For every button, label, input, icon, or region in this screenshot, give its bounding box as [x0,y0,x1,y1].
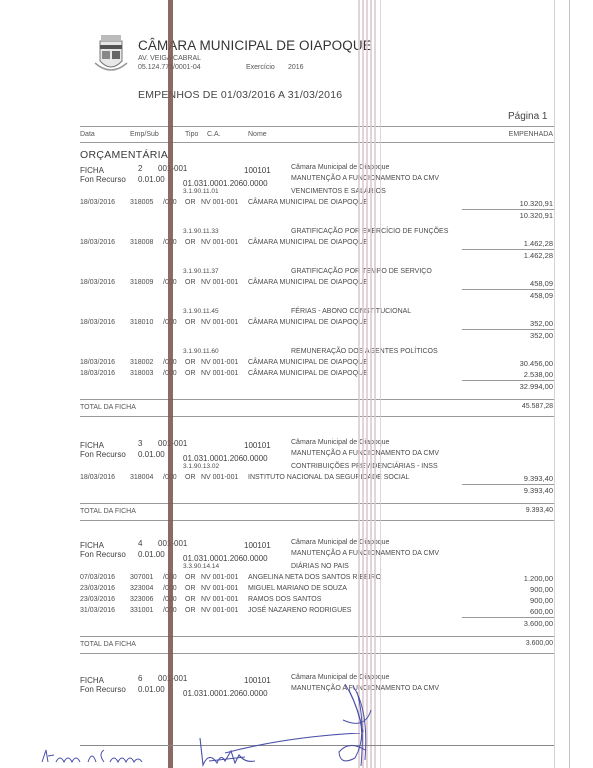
exercicio-value: 2016 [288,64,304,71]
row-date: 18/03/2016 [80,370,115,377]
row-ca: NV 001-001 [201,607,238,614]
ficha-total-rule-top [80,399,554,400]
subtotal-rule [462,329,554,330]
row-ca: NV 001-001 [201,596,238,603]
subtotal-rule [462,249,554,250]
row-nome: CÂMARA MUNICIPAL DE OIAPOQUE [248,319,368,326]
page-border-right [554,0,555,768]
section-title: ORÇAMENTÁRIA [80,149,168,161]
ficha-label: FICHA [80,166,104,175]
row-date: 23/03/2016 [80,596,115,603]
ficha-unit: 100101 [244,166,271,175]
handwritten-signature-left [38,746,148,768]
row-emp: 307001 [130,574,153,581]
row-valor: 30.456,00 [520,359,553,368]
row-tipo: OR [185,199,196,206]
row-emp: 323006 [130,596,153,603]
row-tipo: OR [185,279,196,286]
ficha-program: 01.031.0001.2060.0000 [183,179,268,188]
group-subtotal: 10.320,91 [520,211,553,220]
col-data: Data [80,131,95,138]
subtotal-rule [462,617,554,618]
scan-artifact-stripe [168,0,173,768]
row-date: 18/03/2016 [80,319,115,326]
row-ca: NV 001-001 [201,199,238,206]
ficha-label: FICHA [80,676,104,685]
row-emp: 318008 [130,239,153,246]
total-ficha-label: TOTAL DA FICHA [80,641,136,648]
element-code: 3.1.90.11.37 [183,268,219,275]
total-ficha-label: TOTAL DA FICHA [80,508,136,515]
total-ficha-value: 9.393,40 [526,507,553,514]
group-subtotal: 1.462,28 [524,251,553,260]
fon-recurso-value: 0.01.00 [138,550,165,559]
row-tipo: OR [185,585,196,592]
element-code: 3.1.90.11.01 [183,188,219,195]
row-nome: JOSÉ NAZARENO RODRIGUES [248,607,351,614]
row-tipo: OR [185,370,196,377]
institution-title: CÂMARA MUNICIPAL DE OIAPOQUE [138,38,372,53]
scan-artifact-stripe [374,0,376,768]
total-ficha-value: 3.600,00 [526,640,553,647]
ficha-program: 01.031.0001.2060.0000 [183,454,268,463]
element-code: 3.1.90.11.33 [183,228,219,235]
col-nome: Nome [248,131,267,138]
element-code: 3.1.90.11.45 [183,308,219,315]
ficha-total-rule-bottom [80,520,554,521]
element-code: 3.1.90.11.60 [183,348,219,355]
row-tipo: OR [185,596,196,603]
element-description: DIÁRIAS NO PAIS [291,563,349,570]
subtotal-rule [462,380,554,381]
element-description: CONTRIBUIÇÕES PREVIDENCIÁRIAS - INSS [291,463,438,470]
fon-recurso-value: 0.01.00 [138,450,165,459]
row-emp: 318010 [130,319,153,326]
scan-artifact-stripe [366,0,368,768]
row-ca: NV 001-001 [201,370,238,377]
row-ca: NV 001-001 [201,359,238,366]
row-tipo: OR [185,319,196,326]
row-ca: NV 001-001 [201,574,238,581]
row-valor: 1.462,28 [524,239,553,248]
ficha-label: FICHA [80,441,104,450]
row-ca: NV 001-001 [201,585,238,592]
element-description: REMUNERAÇÃO DOS AGENTES POLÍTICOS [291,348,438,355]
ficha-unit: 100101 [244,441,271,450]
row-valor: 352,00 [530,319,553,328]
header-rule-bottom [80,142,554,143]
row-nome: CÂMARA MUNICIPAL DE OIAPOQUE [248,359,368,366]
row-date: 18/03/2016 [80,359,115,366]
ficha-total-rule-top [80,636,554,637]
row-nome: CÂMARA MUNICIPAL DE OIAPOQUE [248,239,368,246]
row-nome: CÂMARA MUNICIPAL DE OIAPOQUE [248,199,368,206]
scan-artifact-stripe [358,0,360,768]
header-rule-top [80,126,554,127]
scan-artifact-stripe [362,0,364,768]
row-tipo: OR [185,239,196,246]
group-subtotal: 352,00 [530,331,553,340]
row-valor: 2.538,00 [524,370,553,379]
row-date: 23/03/2016 [80,585,115,592]
subtotal-rule [462,209,554,210]
row-valor: 900,00 [530,596,553,605]
ficha-program: 01.031.0001.2060.0000 [183,554,268,563]
row-valor: 900,00 [530,585,553,594]
row-tipo: OR [185,607,196,614]
ficha-number: 4 [138,539,142,548]
group-subtotal: 9.393,40 [524,486,553,495]
group-subtotal: 32.994,00 [520,382,553,391]
ficha-total-rule-bottom [80,416,554,417]
subtotal-rule [462,484,554,485]
row-emp: 318003 [130,370,153,377]
row-nome: MIGUEL MARIANO DE SOUZA [248,585,347,592]
row-valor: 1.200,00 [524,574,553,583]
element-code: 3.1.90.13.02 [183,463,219,470]
row-tipo: OR [185,474,196,481]
col-empenhada: EMPENHADA [509,131,553,138]
row-ca: NV 001-001 [201,319,238,326]
row-tipo: OR [185,359,196,366]
row-date: 18/03/2016 [80,279,115,286]
group-subtotal: 458,09 [530,291,553,300]
col-tipo: Tipo [185,131,198,138]
ficha-number: 3 [138,439,142,448]
row-date: 31/03/2016 [80,607,115,614]
fon-recurso-label: Fon Recurso [80,685,126,694]
row-nome: CÂMARA MUNICIPAL DE OIAPOQUE [248,370,368,377]
row-ca: NV 001-001 [201,474,238,481]
row-nome: CÂMARA MUNICIPAL DE OIAPOQUE [248,279,368,286]
row-tipo: OR [185,574,196,581]
ficha-total-rule-top [80,503,554,504]
row-emp: 318005 [130,199,153,206]
fon-recurso-value: 0.01.00 [138,685,165,694]
row-nome: RAMOS DOS SANTOS [248,596,321,603]
total-ficha-label: TOTAL DA FICHA [80,404,136,411]
scan-artifact-stripe [370,0,372,768]
col-ca: C.A. [207,131,221,138]
ficha-total-rule-bottom [80,653,554,654]
row-emp: 318009 [130,279,153,286]
row-valor: 458,09 [530,279,553,288]
fon-recurso-label: Fon Recurso [80,550,126,559]
row-date: 07/03/2016 [80,574,115,581]
ficha-unit: 100101 [244,541,271,550]
row-emp: 323004 [130,585,153,592]
element-code: 3.3.90.14.14 [183,563,219,570]
row-valor: 9.393,40 [524,474,553,483]
ficha-label: FICHA [80,541,104,550]
fon-recurso-label: Fon Recurso [80,450,126,459]
row-emp: 331001 [130,607,153,614]
subtotal-rule [462,289,554,290]
row-valor: 10.320,91 [520,199,553,208]
ficha-program: 01.031.0001.2060.0000 [183,689,268,698]
page-number: Página 1 [508,111,547,122]
row-emp: 318002 [130,359,153,366]
handwritten-initials-stamp [335,680,385,768]
fon-recurso-label: Fon Recurso [80,175,126,184]
municipal-coat-of-arms-icon [92,33,130,77]
fon-recurso-value: 0.01.00 [138,175,165,184]
col-emp-sub: Emp/Sub [130,131,159,138]
row-valor: 600,00 [530,607,553,616]
row-nome: INSTITUTO NACIONAL DA SEGURIDADE SOCIAL [248,474,409,481]
ficha-unit: 100101 [244,676,271,685]
row-date: 18/03/2016 [80,474,115,481]
page-border-right-outer [569,0,570,768]
scan-artifact-stripe [380,0,381,768]
row-date: 18/03/2016 [80,239,115,246]
element-description: FÉRIAS - ABONO CONSTITUCIONAL [291,308,411,315]
ficha-number: 2 [138,164,142,173]
row-emp: 318004 [130,474,153,481]
exercicio-label: Exercício [246,64,275,71]
ficha-number: 6 [138,674,142,683]
row-ca: NV 001-001 [201,279,238,286]
row-ca: NV 001-001 [201,239,238,246]
total-ficha-value: 45.587,28 [522,403,553,410]
group-subtotal: 3.600,00 [524,619,553,628]
row-date: 18/03/2016 [80,199,115,206]
